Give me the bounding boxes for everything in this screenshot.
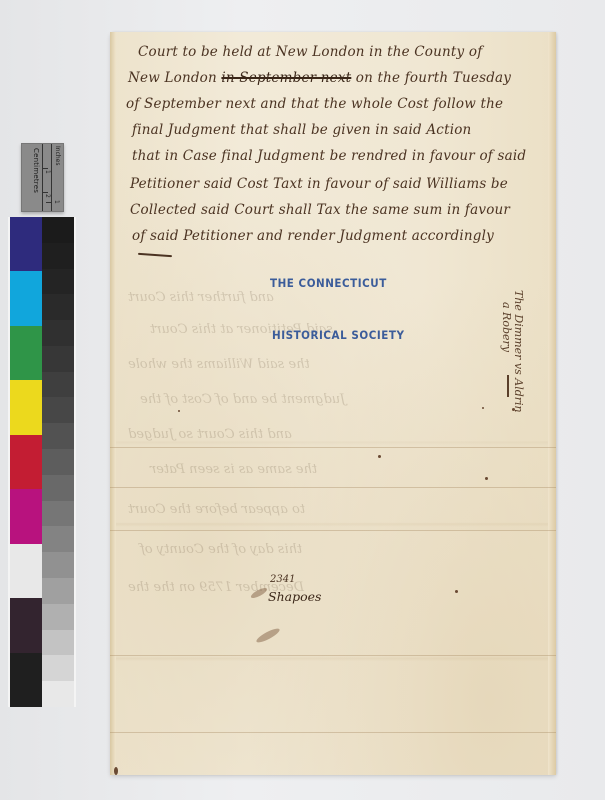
gray-step	[42, 269, 74, 295]
bleed-through-text: the said Williams the whole	[128, 357, 310, 372]
manuscript-line: of said Petitioner and render Judgment a…	[132, 228, 494, 244]
stain-spot	[455, 590, 458, 593]
bleed-through-text: to appear before the Court	[128, 502, 305, 517]
color-patch	[10, 435, 42, 489]
color-patch	[10, 380, 42, 434]
inches-label: Inches	[51, 146, 61, 166]
manuscript-page: and further this Court said Petitioner a…	[110, 32, 556, 775]
metric-tick-label: 2	[44, 194, 51, 198]
imperial-tick	[46, 202, 52, 203]
manuscript-text: on the fourth Tuesday	[351, 70, 511, 86]
color-patch	[10, 653, 42, 707]
bleed-through-text: and further this Court	[128, 290, 274, 305]
gray-step	[42, 372, 74, 398]
gray-step	[42, 578, 74, 604]
scale-ruler-card: Centimetres Inches 1 2 1	[21, 143, 64, 212]
grayscale-step-column	[42, 217, 74, 707]
bleed-through-text: Judgment be and of Cost of the	[140, 392, 345, 407]
docket-name: Shapoes	[268, 589, 321, 604]
gray-step	[42, 501, 74, 527]
imperial-tick-label: 1	[53, 200, 60, 204]
endorsement-line1: The Dimmer vs Aldrin	[512, 290, 525, 413]
gray-step	[42, 346, 74, 372]
fold-line	[110, 655, 556, 656]
gray-step	[42, 217, 74, 243]
ink-flourish	[138, 253, 172, 257]
color-patch-column	[10, 217, 42, 707]
archive-stamp-line1: THE CONNECTICUT	[270, 276, 387, 290]
manuscript-line: of September next and that the whole Cos…	[126, 96, 503, 112]
gray-step	[42, 526, 74, 552]
manuscript-line: that in Case final Judgment be rendred i…	[132, 148, 526, 164]
archive-stamp-line2: HISTORICAL SOCIETY	[272, 328, 404, 342]
manuscript-line: final Judgment that shall be given in sa…	[132, 122, 471, 138]
bleed-through-text: this day of the County of	[140, 542, 302, 557]
paper-edge-left	[110, 32, 116, 775]
color-calibration-chart	[8, 217, 76, 707]
stain-spot	[178, 410, 180, 412]
gray-step	[42, 294, 74, 320]
fold-line	[110, 487, 556, 488]
fold-line	[110, 447, 556, 448]
manuscript-line: Collected said Court shall Tax the same …	[130, 202, 510, 218]
stain-spot	[114, 767, 118, 775]
metric-tick	[42, 192, 48, 193]
imperial-scale-line	[51, 144, 52, 211]
bleed-through-text: the same as is seen Pater	[150, 462, 317, 477]
ink-smudge	[255, 626, 281, 644]
manuscript-line: Court to be held at New London in the Co…	[138, 44, 482, 60]
centimetres-label: Centimetres	[26, 148, 40, 206]
metric-tick-label: 1	[44, 170, 51, 174]
fold-line	[110, 732, 556, 733]
gray-step	[42, 604, 74, 630]
manuscript-text: New London	[128, 70, 221, 86]
gray-step	[42, 630, 74, 656]
stain-spot	[482, 407, 484, 409]
docket-number: 2341	[270, 574, 295, 585]
gray-step	[42, 320, 74, 346]
endorsement-line2: a Robery	[500, 302, 513, 352]
stain-spot	[485, 477, 488, 480]
metric-scale-line	[42, 144, 43, 211]
gray-step	[42, 552, 74, 578]
bleed-through-text: and this Court so Judged	[128, 427, 292, 442]
paper-edge-right	[548, 32, 556, 775]
color-patch	[10, 217, 42, 271]
color-patch	[10, 326, 42, 380]
color-patch	[10, 544, 42, 598]
color-patch	[10, 598, 42, 652]
manuscript-line: Petitioner said Cost Taxt in favour of s…	[130, 176, 508, 192]
metric-tick	[42, 168, 48, 169]
gray-step	[42, 397, 74, 423]
color-patch	[10, 489, 42, 543]
gray-step	[42, 475, 74, 501]
ink-dash	[507, 375, 509, 397]
struck-through-text: in September next	[221, 70, 351, 86]
manuscript-line: New London in September next on the four…	[128, 70, 511, 86]
gray-step	[42, 655, 74, 681]
stain-spot	[512, 408, 515, 411]
gray-step	[42, 681, 74, 707]
fold-line	[110, 530, 556, 531]
gray-step	[42, 449, 74, 475]
color-patch	[10, 271, 42, 325]
gray-step	[42, 243, 74, 269]
stain-spot	[378, 455, 381, 458]
gray-step	[42, 423, 74, 449]
